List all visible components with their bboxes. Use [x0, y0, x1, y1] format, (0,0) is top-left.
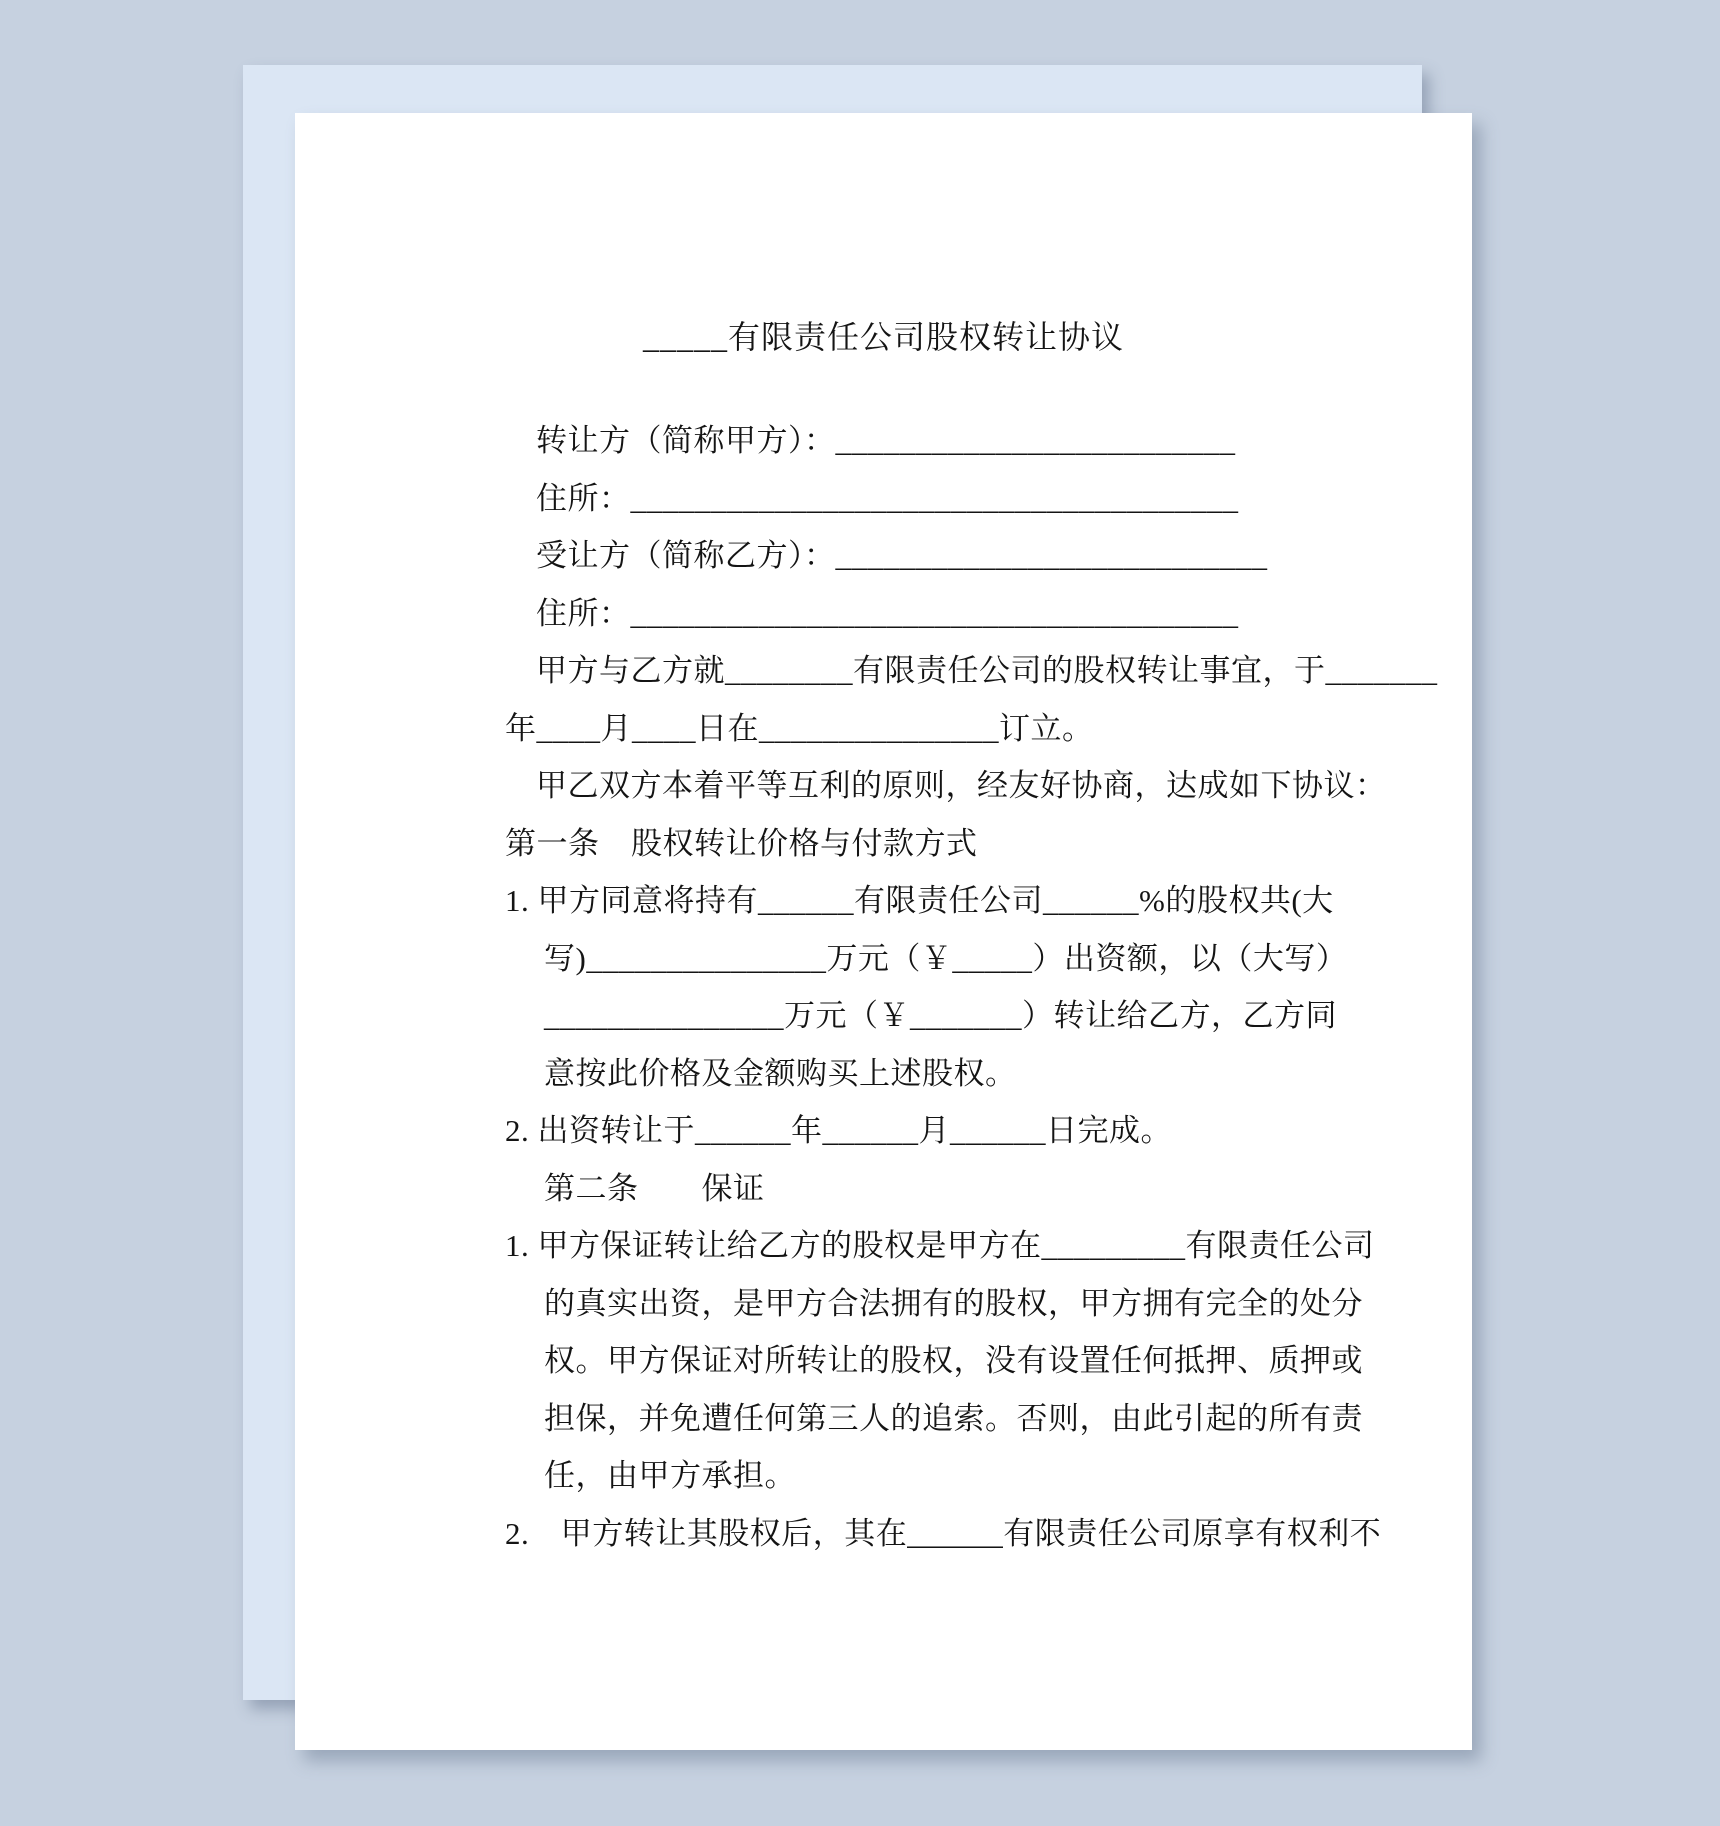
document-line: 权。甲方保证对所转让的股权，没有设置任何抵押、质押或 — [505, 1332, 1425, 1390]
document-line: 甲乙双方本着平等互利的原则，经友好协商，达成如下协议： — [505, 757, 1425, 815]
document-line: 甲方与乙方就________有限责任公司的股权转让事宜，于_______ — [505, 642, 1425, 700]
document-line: 年____月____日在_______________订立。 — [505, 700, 1425, 758]
document-line: 2. 甲方转让其股权后，其在______有限责任公司原享有权利不 — [505, 1505, 1425, 1563]
document-line: 第二条 保证 — [505, 1160, 1425, 1218]
document-line: 住所：_____________________________________… — [505, 585, 1425, 643]
document-line: 2. 出资转让于______年______月______日完成。 — [505, 1102, 1425, 1160]
document-line: 任，由甲方承担。 — [505, 1447, 1425, 1505]
document-line: 转让方（简称甲方）：_________________________ — [505, 412, 1425, 470]
document-line: 担保，并免遭任何第三人的追索。否则，由此引起的所有责 — [505, 1390, 1425, 1448]
document-line: 的真实出资，是甲方合法拥有的股权，甲方拥有完全的处分 — [505, 1275, 1425, 1333]
document-body: 转让方（简称甲方）：_________________________住所：__… — [505, 412, 1425, 1562]
document-line: 1. 甲方保证转让给乙方的股权是甲方在_________有限责任公司 — [505, 1217, 1425, 1275]
document-page: _____有限责任公司股权转让协议 转让方（简称甲方）：____________… — [295, 113, 1472, 1750]
document-line: 第一条 股权转让价格与付款方式 — [505, 815, 1425, 873]
desktop-background: _____有限责任公司股权转让协议 转让方（简称甲方）：____________… — [0, 0, 1720, 1826]
document-line: 受让方（简称乙方）：___________________________ — [505, 527, 1425, 585]
document-line: 住所：_____________________________________… — [505, 470, 1425, 528]
document-line: 写)_______________万元（￥_____）出资额，以（大写） — [505, 930, 1425, 988]
document-line: _______________万元（￥_______）转让给乙方，乙方同 — [505, 987, 1425, 1045]
document-title: _____有限责任公司股权转让协议 — [295, 312, 1472, 358]
document-line: 1. 甲方同意将持有______有限责任公司______%的股权共(大 — [505, 872, 1425, 930]
document-line: 意按此价格及金额购买上述股权。 — [505, 1045, 1425, 1103]
